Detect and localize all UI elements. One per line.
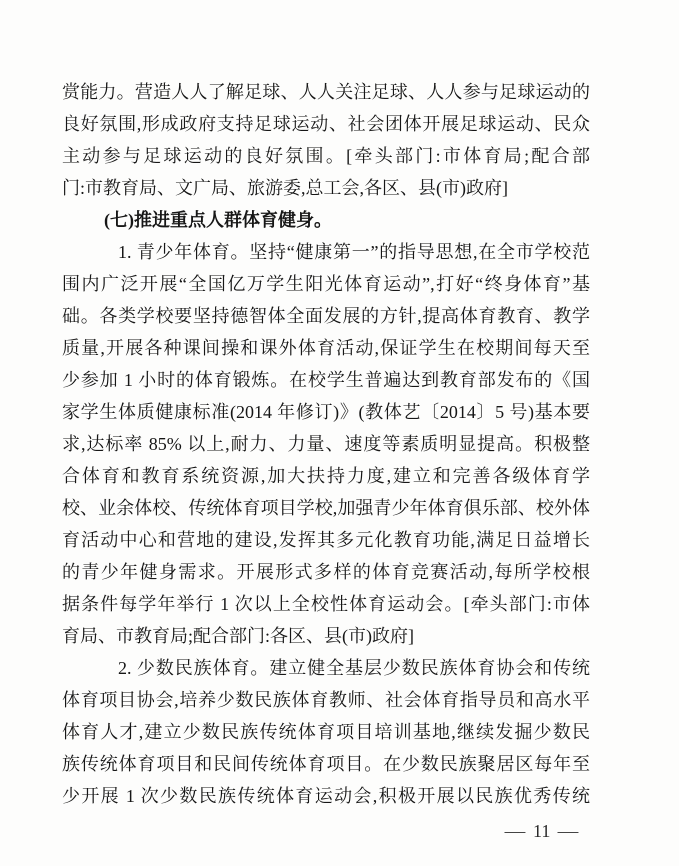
footer-dash-right: —	[558, 821, 579, 842]
text-line: 体育人才,建立少数民族传统体育项目培训基地,继续发掘少数民	[62, 716, 590, 748]
text-line: 校、业余体校、传统体育项目学校,加强青少年体育俱乐部、校外体	[62, 492, 590, 524]
text-line: 求,达标率 85% 以上,耐力、力量、速度等素质明显提高。积极整	[62, 428, 590, 460]
text-line: 的青少年健身需求。开展形式多样的体育竞赛活动,每所学校根	[62, 556, 590, 588]
text-line: 家学生体质健康标准(2014 年修订)》(教体艺〔2014〕5 号)基本要	[62, 396, 590, 428]
text-line: 围内广泛开展“全国亿万学生阳光体育运动”,打好“终身体育”基	[62, 268, 590, 300]
document-body: 赏能力。营造人人了解足球、人人关注足球、人人参与足球运动的良好氛围,形成政府支持…	[62, 76, 590, 812]
text-line: 主动参与足球运动的良好氛围。[牵头部门:市体育局;配合部	[62, 140, 590, 172]
text-line: 少参加 1 小时的体育锻炼。在校学生普遍达到教育部发布的《国	[62, 364, 590, 396]
text-line: 族传统体育项目和民间传统体育项目。在少数民族聚居区每年至	[62, 748, 590, 780]
text-line: 据条件每学年举行 1 次以上全校性体育运动会。[牵头部门:市体	[62, 588, 590, 620]
text-line: 础。各类学校要坚持德智体全面发展的方针,提高体育教育、教学	[62, 300, 590, 332]
text-line: 赏能力。营造人人了解足球、人人关注足球、人人参与足球运动的	[62, 76, 590, 108]
text-line: 质量,开展各种课间操和课外体育活动,保证学生在校期间每天至	[62, 332, 590, 364]
text-line: 1. 青少年体育。坚持“健康第一”的指导思想,在全市学校范	[62, 236, 590, 268]
page-number: 11	[533, 821, 550, 842]
document-page: 赏能力。营造人人了解足球、人人关注足球、人人参与足球运动的良好氛围,形成政府支持…	[0, 0, 679, 866]
section-heading: (七)推进重点人群体育健身。	[62, 204, 590, 236]
text-line: 良好氛围,形成政府支持足球运动、社会团体开展足球运动、民众	[62, 108, 590, 140]
text-line: 育活动中心和营地的建设,发挥其多元化教育功能,满足日益增长	[62, 524, 590, 556]
text-line: 2. 少数民族体育。建立健全基层少数民族体育协会和传统	[62, 652, 590, 684]
footer-dash-left: —	[505, 821, 526, 842]
page-footer: — 11 —	[506, 818, 577, 844]
text-line: 体育项目协会,培养少数民族体育教师、社会体育指导员和高水平	[62, 684, 590, 716]
text-line: 合体育和教育系统资源,加大扶持力度,建立和完善各级体育学	[62, 460, 590, 492]
text-line: 育局、市教育局;配合部门:各区、县(市)政府]	[62, 620, 590, 652]
text-line: 少开展 1 次少数民族传统体育运动会,积极开展以民族优秀传统	[62, 780, 590, 812]
text-line: 门:市教育局、文广局、旅游委,总工会,各区、县(市)政府]	[62, 172, 590, 204]
